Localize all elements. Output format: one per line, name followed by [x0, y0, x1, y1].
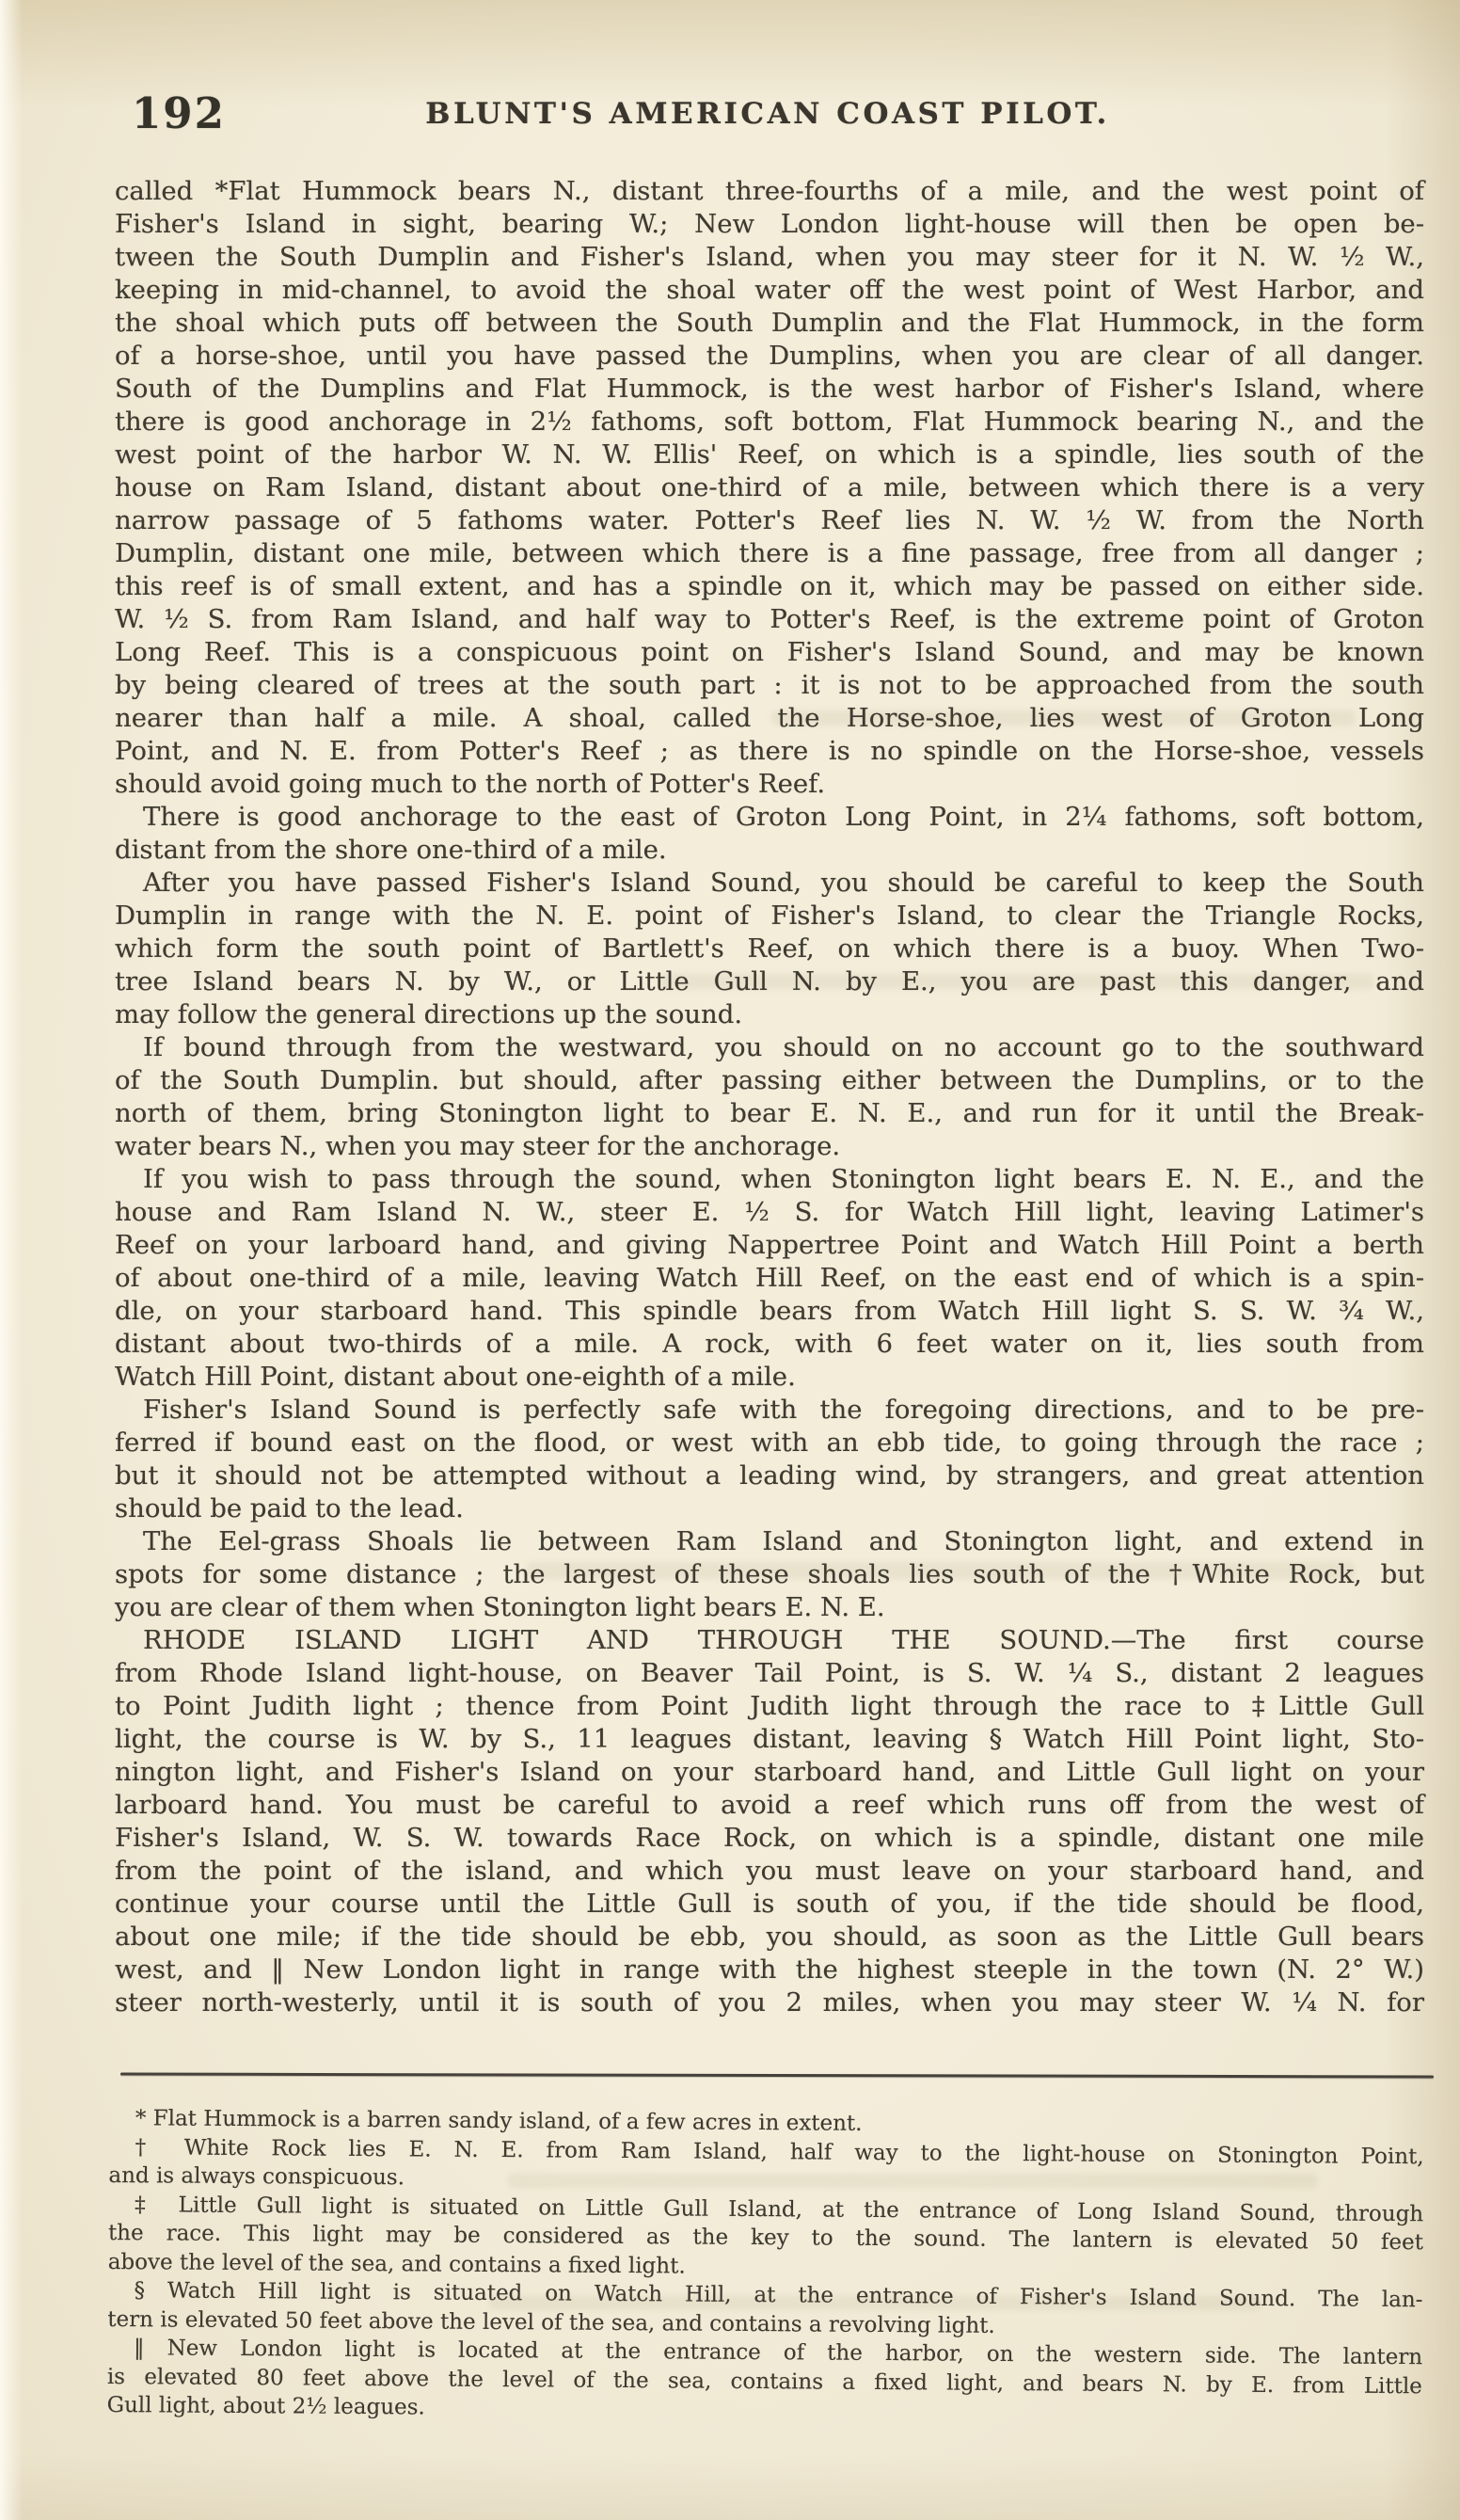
text-line: Point, and N. E. from Potter's Reef ; as… [115, 735, 1424, 768]
text-line: South of the Dumplins and Flat Hummock, … [115, 373, 1424, 406]
text-line: by being cleared of trees at the south p… [115, 669, 1424, 702]
text-line: this reef is of small extent, and has a … [115, 570, 1424, 603]
paragraph: called *Flat Hummock bears N., distant t… [115, 175, 1424, 768]
text-line: keeping in mid-channel, to avoid the sho… [115, 274, 1424, 307]
book-page: 192 BLUNT'S AMERICAN COAST PILOT. called… [0, 0, 1460, 2520]
text-line: continue your course until the Little Gu… [115, 1888, 1424, 1921]
text-line: about one mile; if the tide should be eb… [115, 1921, 1424, 1954]
text-line: dle, on your starboard hand. This spindl… [115, 1295, 1424, 1328]
text-line: which form the south point of Bartlett's… [115, 933, 1424, 965]
paragraph: If bound through from the westward, you … [115, 1031, 1424, 1163]
footnote-divider [120, 2073, 1434, 2079]
text-line: house and Ram Island N. W., steer E. ½ S… [115, 1196, 1424, 1229]
text-line: steer north-westerly, until it is south … [115, 1986, 1424, 2019]
text-line: should avoid going much to the north of … [115, 768, 1424, 801]
running-title: BLUNT'S AMERICAN COAST PILOT. [425, 97, 1109, 131]
paragraph: After you have passed Fisher's Island So… [115, 867, 1424, 1031]
body-text: called *Flat Hummock bears N., distant t… [115, 175, 1424, 2019]
paragraph: The Eel-grass Shoals lie between Ram Isl… [115, 1525, 1424, 1624]
text-line: Fisher's Island in sight, bearing W.; Ne… [115, 208, 1424, 241]
footnote: † White Rock lies E. N. E. from Ram Isla… [108, 2132, 1423, 2199]
text-line: of about one-third of a mile, leaving Wa… [115, 1262, 1424, 1295]
text-line: should be paid to the lead. [115, 1492, 1424, 1525]
text-line: nington light, and Fisher's Island on yo… [115, 1756, 1424, 1789]
page-header: 192 BLUNT'S AMERICAN COAST PILOT. [0, 0, 1460, 151]
paragraph: There is good anchorage to the east of G… [115, 801, 1424, 867]
text-line: distant from the shore one-third of a mi… [115, 834, 1424, 867]
text-line: west, and ‖ New London light in range wi… [115, 1954, 1424, 1986]
text-line: Fisher's Island, W. S. W. towards Race R… [115, 1822, 1424, 1855]
text-line: Dumplin in range with the N. E. point of… [115, 900, 1424, 933]
paragraph: should avoid going much to the north of … [115, 768, 1424, 801]
text-line: tree Island bears N. by W., or Little Gu… [115, 965, 1424, 998]
text-line: but it should not be attempted without a… [115, 1459, 1424, 1492]
text-line: Dumplin, distant one mile, between which… [115, 537, 1424, 570]
text-line: After you have passed Fisher's Island So… [115, 867, 1424, 900]
text-line: light, the course is W. by S., 11 league… [115, 1723, 1424, 1756]
text-line: There is good anchorage to the east of G… [115, 801, 1424, 834]
footnote: ‖ New London light is located at the ent… [107, 2334, 1423, 2430]
text-line: larboard hand. You must be careful to av… [115, 1789, 1424, 1822]
text-line: narrow passage of 5 fathoms water. Potte… [115, 504, 1424, 537]
footnote: § Watch Hill light is situated on Watch … [107, 2276, 1422, 2343]
text-line: north of them, bring Stonington light to… [115, 1097, 1424, 1130]
text-line: nearer than half a mile. A shoal, called… [115, 702, 1424, 735]
text-line: distant about two-thirds of a mile. A ro… [115, 1328, 1424, 1361]
paragraph: RHODE ISLAND LIGHT AND THROUGH THE SOUND… [115, 1624, 1424, 2019]
text-line: from the point of the island, and which … [115, 1855, 1424, 1888]
text-line: If you wish to pass through the sound, w… [115, 1163, 1424, 1196]
text-line: Fisher's Island Sound is perfectly safe … [115, 1394, 1424, 1427]
text-line: spots for some distance ; the largest of… [115, 1558, 1424, 1591]
text-line: may follow the general directions up the… [115, 998, 1424, 1031]
text-line: you are clear of them when Stonington li… [115, 1591, 1424, 1624]
text-line: west point of the harbor W. N. W. Ellis'… [115, 439, 1424, 471]
text-line: the shoal which puts off between the Sou… [115, 307, 1424, 340]
text-line: RHODE ISLAND LIGHT AND THROUGH THE SOUND… [115, 1624, 1424, 1657]
text-line: of the South Dumplin. but should, after … [115, 1064, 1424, 1097]
text-line: water bears N., when you may steer for t… [115, 1130, 1424, 1163]
text-line: called *Flat Hummock bears N., distant t… [115, 175, 1424, 208]
text-line: there is good anchorage in 2½ fathoms, s… [115, 406, 1424, 439]
text-line: to Point Judith light ; thence from Poin… [115, 1690, 1424, 1723]
footnotes: * Flat Hummock is a barren sandy island,… [107, 2104, 1424, 2430]
footnote: ‡ Little Gull light is situated on Littl… [108, 2190, 1424, 2286]
text-line: If bound through from the westward, you … [115, 1031, 1424, 1064]
text-line: house on Ram Island, distant about one-t… [115, 471, 1424, 504]
text-line: W. ½ S. from Ram Island, and half way to… [115, 603, 1424, 636]
text-line: ferred if bound east on the flood, or we… [115, 1427, 1424, 1459]
text-line: of a horse-shoe, until you have passed t… [115, 340, 1424, 373]
text-line: from Rhode Island light-house, on Beaver… [115, 1657, 1424, 1690]
text-line: tween the South Dumplin and Fisher's Isl… [115, 241, 1424, 274]
text-line: Long Reef. This is a conspicuous point o… [115, 636, 1424, 669]
text-line: The Eel-grass Shoals lie between Ram Isl… [115, 1525, 1424, 1558]
text-line: Reef on your larboard hand, and giving N… [115, 1229, 1424, 1262]
paragraph: Fisher's Island Sound is perfectly safe … [115, 1394, 1424, 1525]
paragraph: If you wish to pass through the sound, w… [115, 1163, 1424, 1394]
text-line: Watch Hill Point, distant about one-eigh… [115, 1361, 1424, 1394]
page-number: 192 [132, 88, 226, 138]
